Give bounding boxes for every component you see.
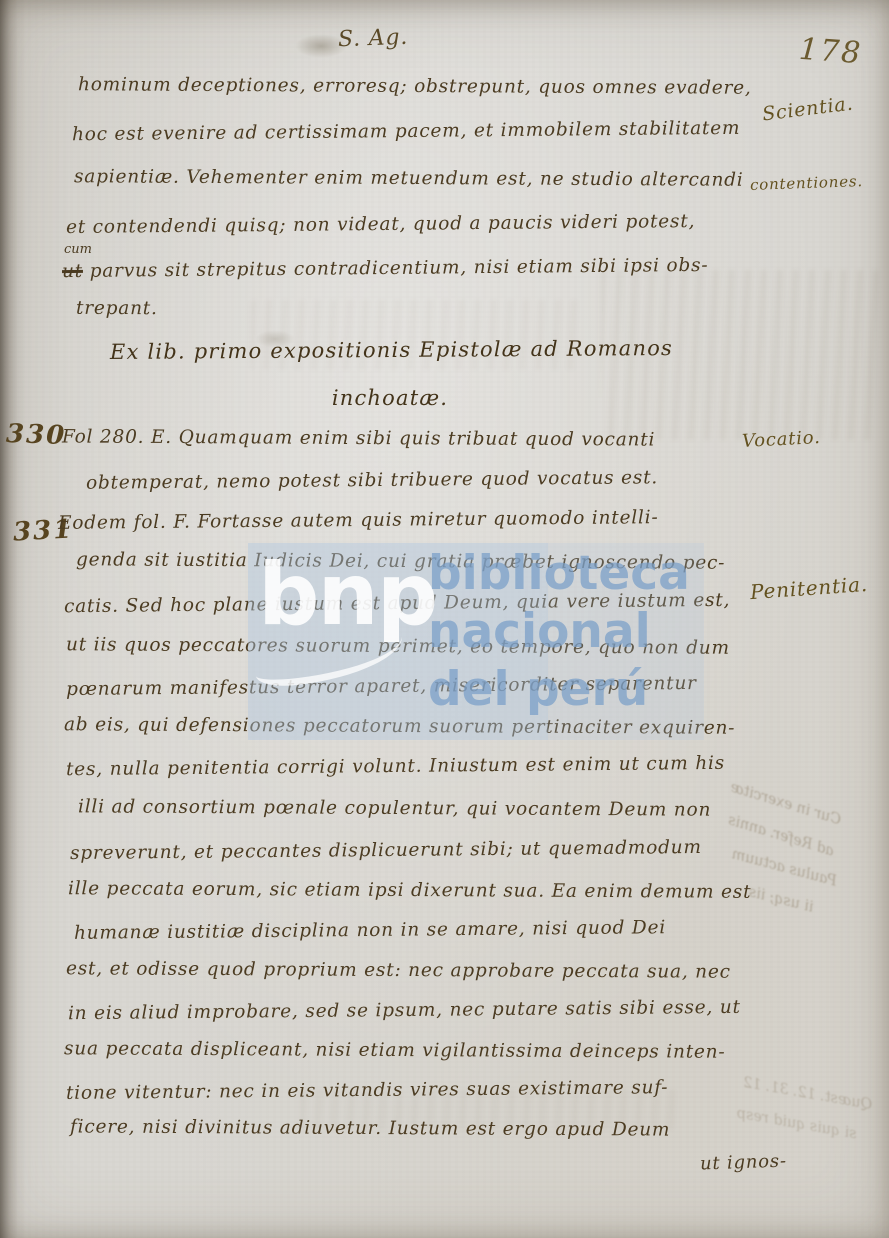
bleed-through-text: Quæst. 12. 31. 12	[742, 1075, 874, 1114]
folio-number: 178	[798, 32, 864, 71]
margin-note-contentiones: contentiones.	[750, 172, 863, 194]
catchword: ut ignos-	[700, 1150, 787, 1174]
margin-note-penitentia: Penitentia.	[749, 572, 868, 604]
entry-number-330: 330	[5, 419, 66, 451]
body-line: sua peccata displiceant, nisi etiam vigi…	[64, 1038, 726, 1062]
body-line: Fol 280. E. Quamquam enim sibi quis trib…	[62, 426, 655, 450]
binding-shadow	[0, 0, 26, 1238]
body-line: hoc est evenire ad certissimam pacem, et…	[72, 118, 741, 145]
body-line: ille peccata eorum, sic etiam ipsi dixer…	[68, 878, 751, 903]
bleed-through-text: ii usq; iis	[747, 884, 815, 916]
header-abbreviation: S. Ag.	[338, 25, 409, 52]
body-line: ficere, nisi divinitus adiuvetur. Iustum…	[70, 1116, 670, 1140]
body-line: spreverunt, et peccantes displicuerunt s…	[70, 837, 702, 864]
margin-note-scientia: Scientia.	[761, 93, 854, 126]
body-line: ab eis, qui defensiones peccatorum suoru…	[64, 714, 735, 739]
body-line: illi ad consortium pœnale copulentur, qu…	[78, 796, 711, 820]
watermark-word-biblioteca: biblioteca	[428, 550, 690, 597]
body-line: ut parvus sit strepitus contradicentium,…	[62, 255, 709, 282]
body-line-text: parvus sit strepitus contradicentium, ni…	[90, 255, 709, 282]
struck-word: ut	[62, 261, 83, 282]
section-heading-line2: inchoatæ.	[110, 386, 670, 410]
body-line: humanæ iustitiæ disciplina non in se ama…	[74, 917, 666, 944]
body-line: tione vitentur: nec in eis vitandis vire…	[66, 1077, 669, 1104]
margin-note-vocatio: Vocatio.	[742, 427, 822, 452]
manuscript-page: S. Ag. 178 hominum deceptiones, erroresq…	[0, 0, 889, 1238]
bnp-logo: bnp	[258, 552, 436, 638]
bleed-through-text: si quis quid resp	[736, 1106, 858, 1143]
section-heading-line1: Ex lib. primo expositionis Epistolæ ad R…	[110, 336, 670, 364]
watermark-word-del-peru: del perú	[428, 666, 648, 713]
body-line: est, et odisse quod proprium est: nec ap…	[66, 958, 731, 982]
body-line: sapientiæ. Vehementer enim metuendum est…	[74, 166, 744, 191]
body-line: obtemperat, nemo potest sibi tribuere qu…	[86, 467, 658, 493]
body-line: et contendendi quisq; non videat, quod a…	[66, 211, 695, 238]
body-line: hominum deceptiones, erroresq; obstrepun…	[78, 74, 752, 99]
body-line: Eodem fol. F. Fortasse autem quis miretu…	[58, 507, 659, 534]
body-line: in eis aliud improbare, sed se ipsum, ne…	[68, 997, 741, 1024]
watermark-word-nacional: nacional	[428, 608, 651, 655]
body-line: trepant.	[76, 298, 158, 319]
interlinear-insertion: cum	[64, 242, 92, 257]
body-line: tes, nulla penitentia corrigi volunt. In…	[66, 753, 725, 780]
